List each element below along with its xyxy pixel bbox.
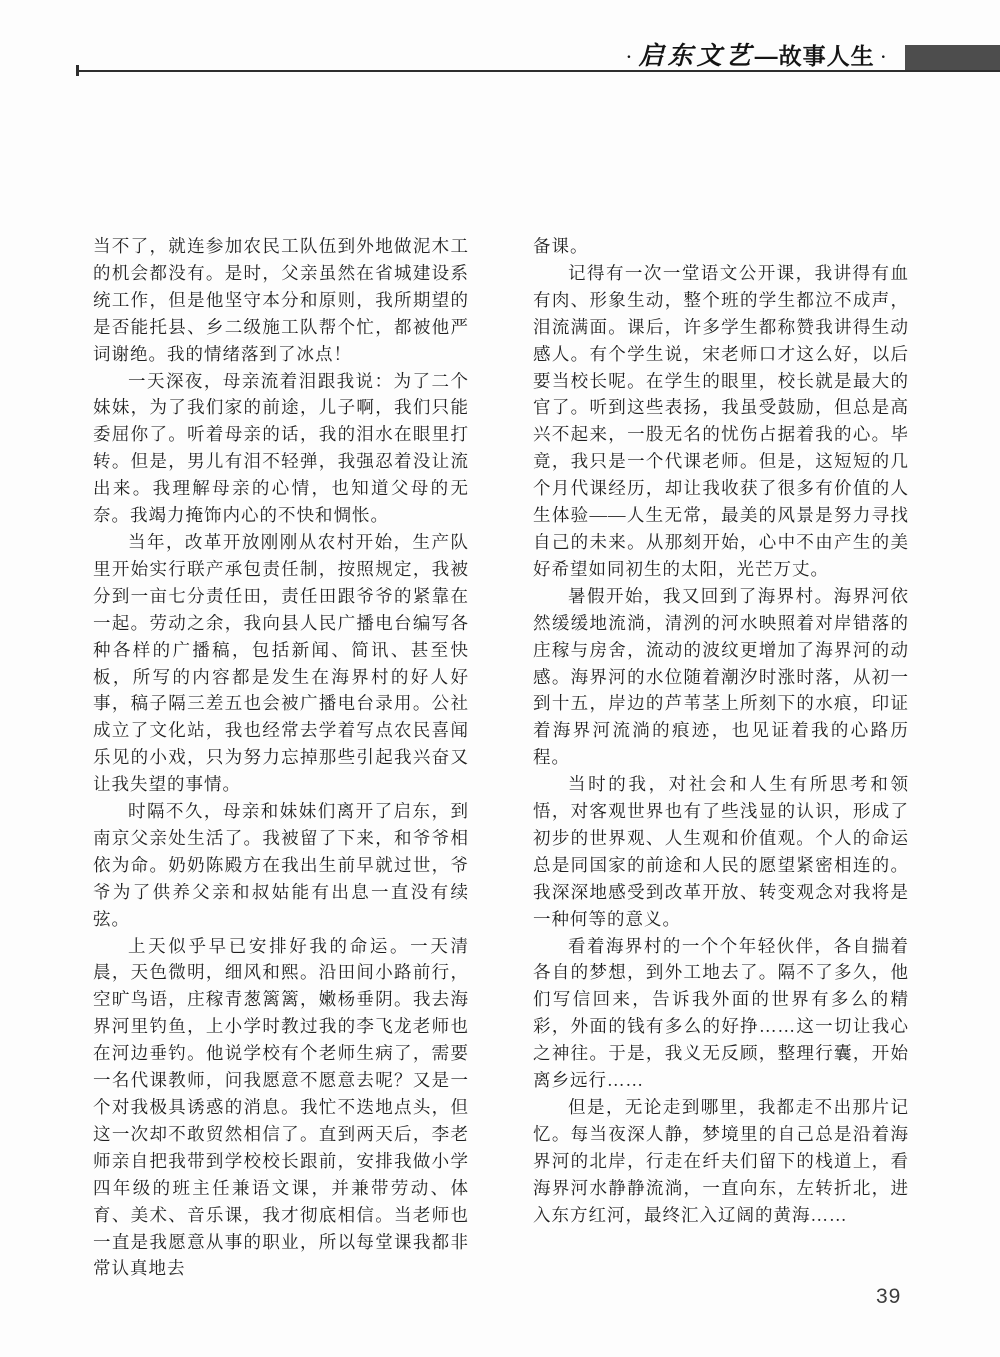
paragraph: 记得有一次一堂语文公开课，我讲得有血有肉、形象生动，整个班的学生都泣不成声，泪流… xyxy=(533,260,909,583)
paragraph: 当不了，就连参加农民工队伍到外地做泥木工的机会都没有。是时，父亲虽然在省城建设系… xyxy=(93,233,469,368)
paragraph: 时隔不久，母亲和妹妹们离开了启东，到南京父亲处生活了。我被留了下来，和爷爷相依为… xyxy=(93,798,469,933)
header-rule xyxy=(77,70,1000,72)
header-left-dot-icon: · xyxy=(620,49,638,66)
paragraph: 备课。 xyxy=(533,233,909,260)
left-column: 当不了，就连参加农民工队伍到外地做泥木工的机会都没有。是时，父亲虽然在省城建设系… xyxy=(93,233,469,1282)
paragraph: 上天似乎早已安排好我的命运。一天清晨，天色微明，细风和熙。沿田间小路前行，空旷鸟… xyxy=(93,933,469,1283)
magazine-page: ·启东文艺—故事人生· 当不了，就连参加农民工队伍到外地做泥木工的机会都没有。是… xyxy=(0,0,1000,1357)
page-header: ·启东文艺—故事人生· xyxy=(620,40,893,72)
header-corner-block xyxy=(905,45,1000,71)
header-right-dot-icon: · xyxy=(875,49,893,66)
paragraph: 一天深夜，母亲流着泪跟我说：为了二个妹妹，为了我们家的前途，儿子啊，我们只能委屈… xyxy=(93,368,469,529)
paragraph: 但是，无论走到哪里，我都走不出那片记忆。每当夜深人静，梦境里的自己总是沿着海界河… xyxy=(533,1094,909,1229)
paragraph: 暑假开始，我又回到了海界村。海界河依然缓缓地流淌，清洌的河水映照着对岸错落的庄稼… xyxy=(533,583,909,771)
magazine-title: 启东文艺 xyxy=(639,43,755,70)
section-title: —故事人生 xyxy=(755,43,875,69)
right-column: 备课。 记得有一次一堂语文公开课，我讲得有血有肉、形象生动，整个班的学生都泣不成… xyxy=(533,233,909,1229)
paragraph: 看着海界村的一个个年轻伙伴，各自揣着各自的梦想，到外工地去了。隔不了多久，他们写… xyxy=(533,933,909,1094)
paragraph: 当时的我，对社会和人生有所思考和领悟，对客观世界也有了些浅显的认识，形成了初步的… xyxy=(533,771,909,932)
page-number: 39 xyxy=(876,1285,901,1309)
paragraph: 当年，改革开放刚刚从农村开始，生产队里开始实行联产承包责任制，按照规定，我被分到… xyxy=(93,529,469,798)
